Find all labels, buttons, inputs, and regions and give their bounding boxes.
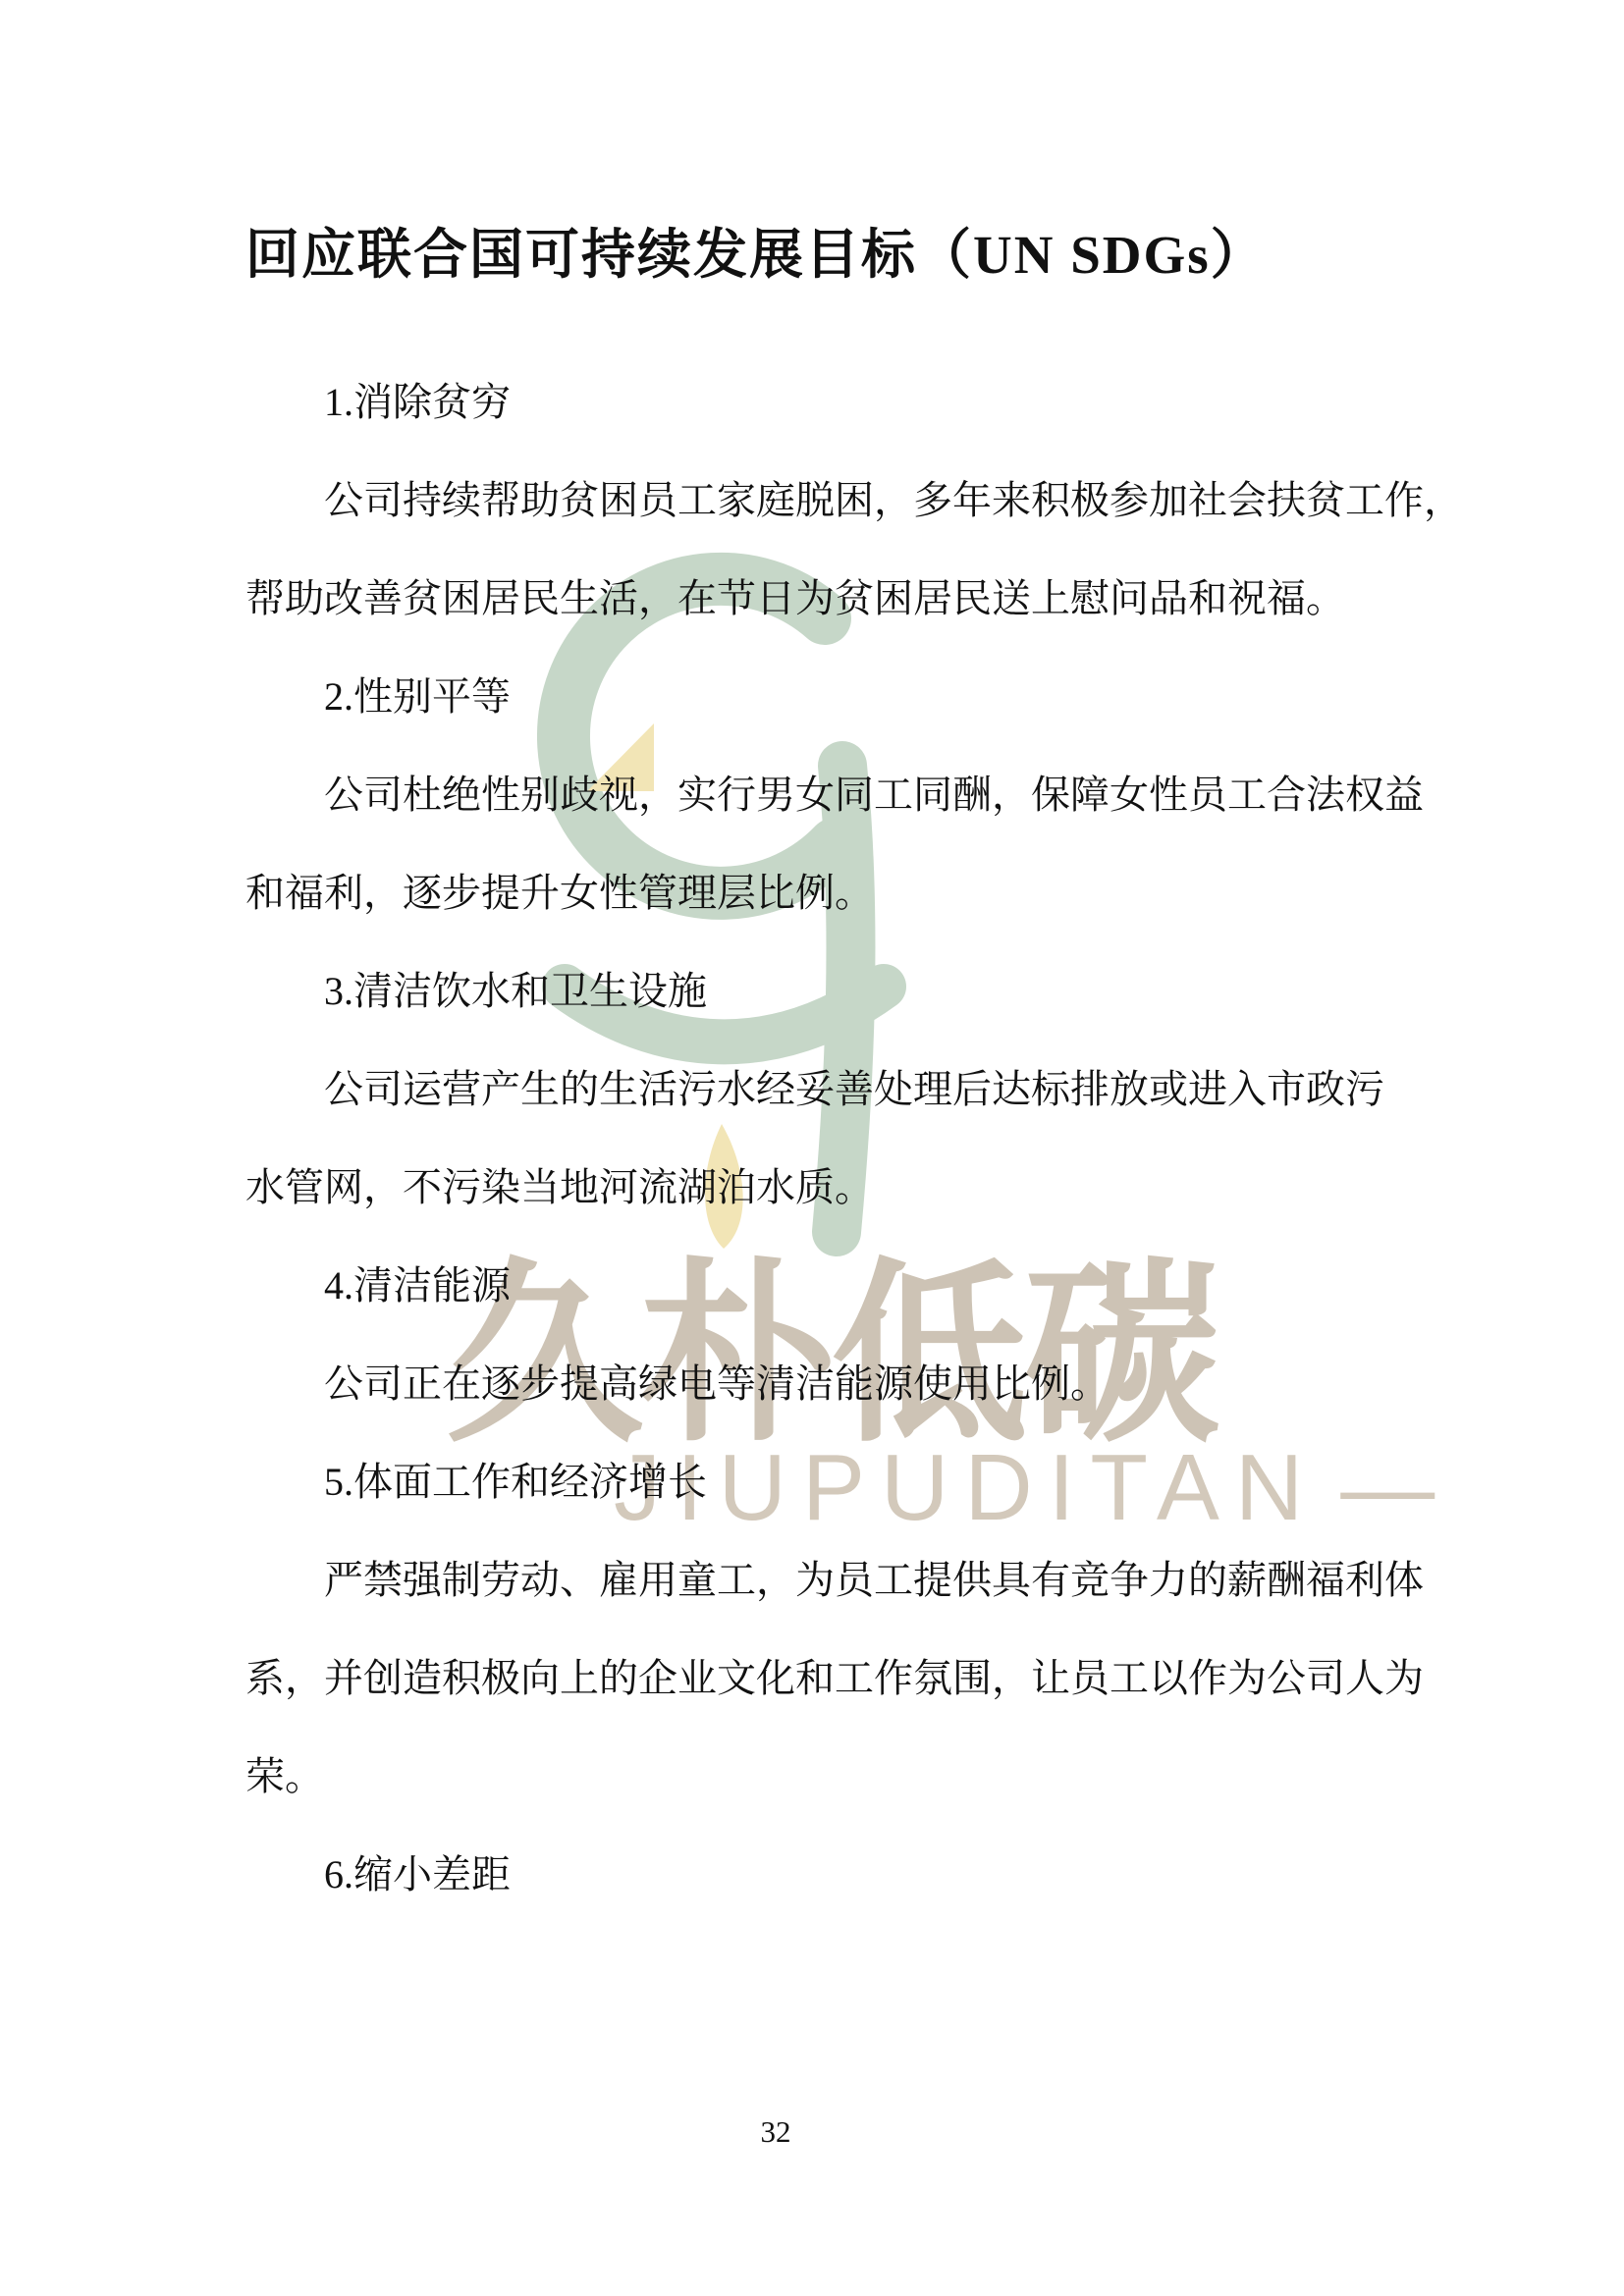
sdg-heading-1: 1.消除贫穷	[245, 353, 1463, 452]
paragraph-line: 水管网，不污染当地河流湖泊水质。	[245, 1139, 1463, 1237]
paragraph-line: 和福利，逐步提升女性管理层比例。	[245, 844, 1463, 942]
paragraph-line: 公司持续帮助贫困员工家庭脱困，多年来积极参加社会扶贫工作，	[245, 452, 1463, 550]
paragraph-line: 公司正在逐步提高绿电等清洁能源使用比例。	[245, 1335, 1463, 1433]
page-number: 32	[0, 2112, 1551, 2152]
paragraph-line: 公司杜绝性别歧视，实行男女同工同酬，保障女性员工合法权益	[245, 746, 1463, 844]
sdg-heading-5: 5.体面工作和经济增长	[245, 1433, 1463, 1531]
document-page: 久朴低碳 JIUPUDITAN— 回应联合国可持续发展目标（UN SDGs） 1…	[0, 0, 1624, 2296]
paragraph-line: 帮助改善贫困居民生活，在节日为贫困居民送上慰问品和祝福。	[245, 550, 1463, 648]
document-body: 1.消除贫穷 公司持续帮助贫困员工家庭脱困，多年来积极参加社会扶贫工作， 帮助改…	[245, 353, 1463, 1924]
paragraph-line: 公司运营产生的生活污水经妥善处理后达标排放或进入市政污	[245, 1041, 1463, 1139]
paragraph-line: 荣。	[245, 1728, 1463, 1826]
sdg-heading-6: 6.缩小差距	[245, 1826, 1463, 1924]
page-title: 回应联合国可持续发展目标（UN SDGs）	[245, 221, 1267, 290]
paragraph-line: 系，并创造积极向上的企业文化和工作氛围，让员工以作为公司人为	[245, 1629, 1463, 1728]
document-text-layer: 回应联合国可持续发展目标（UN SDGs） 1.消除贫穷 公司持续帮助贫困员工家…	[0, 0, 1624, 2296]
sdg-heading-2: 2.性别平等	[245, 648, 1463, 746]
paragraph-line: 严禁强制劳动、雇用童工，为员工提供具有竞争力的薪酬福利体	[245, 1531, 1463, 1629]
sdg-heading-4: 4.清洁能源	[245, 1237, 1463, 1335]
sdg-heading-3: 3.清洁饮水和卫生设施	[245, 942, 1463, 1041]
